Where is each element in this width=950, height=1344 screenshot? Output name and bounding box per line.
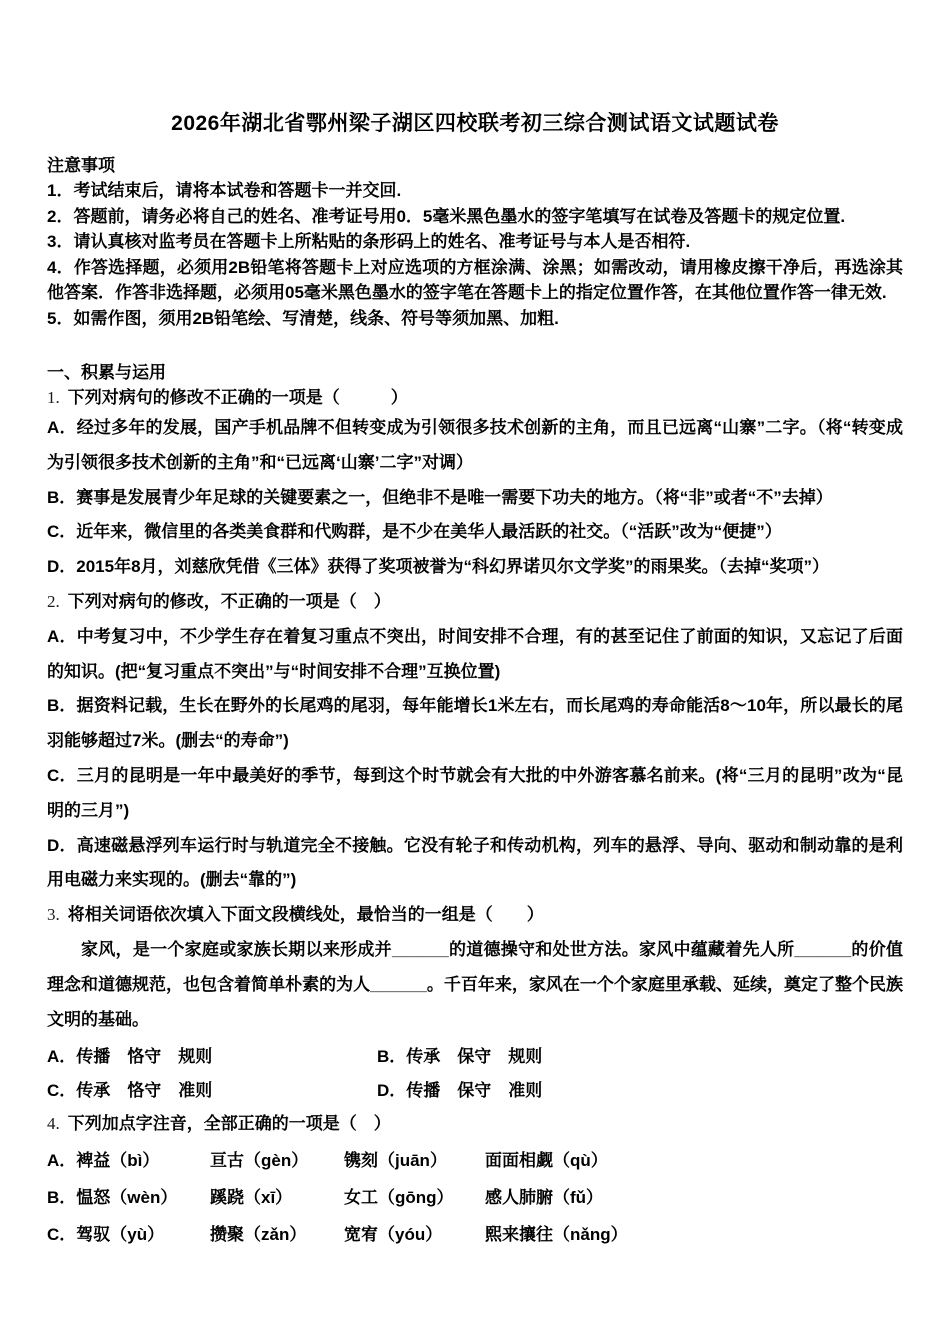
- question-3-option-row-1: A．传播 恪守 规则B．传承 保守 规则: [47, 1040, 903, 1074]
- question-3-options: A．传播 恪守 规则B．传承 保守 规则 C．传承 恪守 准则D．传播 保守 准…: [47, 1040, 903, 1107]
- question-4-option-a-word-3: 镌刻（juān）: [344, 1142, 485, 1179]
- question-4-option-a-word-2: 亘古（gèn）: [210, 1142, 344, 1179]
- question-4-option-b-word-3: 女工（gōng）: [344, 1179, 485, 1216]
- question-3-number: 3.: [47, 905, 68, 924]
- question-1-number: 1.: [47, 388, 68, 407]
- question-4-option-a: A．裨益（bì） 亘古（gèn） 镌刻（juān） 面面相觑（qù）: [47, 1142, 903, 1179]
- question-4-option-b-word-2: 蹊跷（xī）: [210, 1179, 344, 1216]
- question-1: 1.下列对病句的修改不正确的一项是（ ） A．经过多年的发展，国产手机品牌不但转…: [47, 385, 903, 585]
- question-1-stem: 1.下列对病句的修改不正确的一项是（ ）: [47, 385, 903, 411]
- question-3-stem: 3.将相关词语依次填入下面文段横线处，最恰当的一组是（ ）: [47, 898, 903, 933]
- question-4-option-c: C．驾驭（yù） 攒聚（zǎn） 宽宥（yóu） 熙来攘往（nǎng）: [47, 1216, 903, 1253]
- question-1-stem-text: 下列对病句的修改不正确的一项是（ ）: [68, 388, 408, 407]
- question-4-option-c-word-4: 熙来攘往（nǎng）: [485, 1216, 903, 1253]
- question-3-option-row-2: C．传承 恪守 准则D．传播 保守 准则: [47, 1074, 903, 1108]
- question-4-option-b: B．愠怒（wèn） 蹊跷（xī） 女工（gōng） 感人肺腑（fǔ）: [47, 1179, 903, 1216]
- question-4-option-b-word-4: 感人肺腑（fǔ）: [485, 1179, 903, 1216]
- question-3-option-b: B．传承 保守 规则: [377, 1040, 542, 1074]
- question-2-option-d: D．高速磁悬浮列车运行时与轨道完全不接触。它没有轮子和传动机构，列车的悬浮、导向…: [47, 829, 903, 899]
- question-1-option-b: B．赛事是发展青少年足球的关键要素之一，但绝非不是唯一需要下功夫的地方。（将“非…: [47, 481, 903, 516]
- page-title: 2026年湖北省鄂州梁子湖区四校联考初三综合测试语文试题试卷: [47, 108, 903, 139]
- question-2-number: 2.: [47, 592, 68, 611]
- question-4-option-a-word-1: A．裨益（bì）: [47, 1142, 210, 1179]
- question-2-option-b: B．据资料记载，生长在野外的长尾鸡的尾羽，每年能增长1米左右，而长尾鸡的寿命能活…: [47, 689, 903, 759]
- question-2-stem: 2.下列对病句的修改，不正确的一项是（ ）: [47, 585, 903, 620]
- notice-item-1: 1．考试结束后，请将本试卷和答题卡一并交回.: [47, 178, 903, 204]
- notice-heading: 注意事项: [47, 153, 903, 178]
- question-2-option-a: A．中考复习中，不少学生存在着复习重点不突出，时间安排不合理，有的甚至记住了前面…: [47, 620, 903, 690]
- question-3-passage: 家风，是一个家庭或家族长期以来形成并______的道德操守和处世方法。家风中蕴藏…: [47, 933, 903, 1037]
- question-3: 3.将相关词语依次填入下面文段横线处，最恰当的一组是（ ） 家风，是一个家庭或家…: [47, 898, 903, 1107]
- question-4: 4.下列加点字注音，全部正确的一项是（ ） A．裨益（bì） 亘古（gèn） 镌…: [47, 1107, 903, 1253]
- question-4-option-b-word-1: B．愠怒（wèn）: [47, 1179, 210, 1216]
- question-2-stem-text: 下列对病句的修改，不正确的一项是（ ）: [68, 592, 391, 611]
- question-2: 2.下列对病句的修改，不正确的一项是（ ） A．中考复习中，不少学生存在着复习重…: [47, 585, 903, 898]
- question-3-option-c: C．传承 恪守 准则: [47, 1074, 377, 1108]
- question-1-option-d: D．2015年8月，刘慈欣凭借《三体》获得了奖项被誉为“科幻界诺贝尔文学奖”的雨…: [47, 550, 903, 585]
- question-4-option-a-word-4: 面面相觑（qù）: [485, 1142, 903, 1179]
- question-4-stem-text: 下列加点字注音，全部正确的一项是（ ）: [68, 1114, 391, 1133]
- question-4-stem: 4.下列加点字注音，全部正确的一项是（ ）: [47, 1107, 903, 1142]
- question-3-option-a: A．传播 恪守 规则: [47, 1040, 377, 1074]
- exam-paper-page: 2026年湖北省鄂州梁子湖区四校联考初三综合测试语文试题试卷 注意事项 1．考试…: [0, 0, 950, 1344]
- notice-item-3: 3．请认真核对监考员在答题卡上所粘贴的条形码上的姓名、准考证号与本人是否相符.: [47, 229, 903, 255]
- question-1-option-a: A．经过多年的发展，国产手机品牌不但转变成为引领很多技术创新的主角，而且已远离“…: [47, 411, 903, 481]
- section-heading-accumulation: 一、积累与运用: [47, 361, 903, 385]
- notice-item-5: 5．如需作图，须用2B铅笔绘、写清楚，线条、符号等须加黑、加粗.: [47, 306, 903, 332]
- notice-item-2: 2．答题前，请务必将自己的姓名、准考证号用0．5毫米黑色墨水的签字笔填写在试卷及…: [47, 204, 903, 230]
- question-4-option-c-word-1: C．驾驭（yù）: [47, 1216, 210, 1253]
- notice-section: 注意事项 1．考试结束后，请将本试卷和答题卡一并交回. 2．答题前，请务必将自己…: [47, 153, 903, 331]
- question-1-option-c: C．近年来，微信里的各类美食群和代购群，是不少在美华人最活跃的社交。（“活跃”改…: [47, 515, 903, 550]
- question-4-number: 4.: [47, 1114, 68, 1133]
- notice-item-4: 4．作答选择题，必须用2B铅笔将答题卡上对应选项的方框涂满、涂黑；如需改动，请用…: [47, 255, 903, 306]
- question-4-option-c-word-2: 攒聚（zǎn）: [210, 1216, 344, 1253]
- question-4-option-c-word-3: 宽宥（yóu）: [344, 1216, 485, 1253]
- question-2-option-c: C．三月的昆明是一年中最美好的季节，每到这个时节就会有大批的中外游客慕名前来。(…: [47, 759, 903, 829]
- question-3-stem-text: 将相关词语依次填入下面文段横线处，最恰当的一组是（ ）: [68, 905, 544, 924]
- question-3-option-d: D．传播 保守 准则: [377, 1074, 542, 1108]
